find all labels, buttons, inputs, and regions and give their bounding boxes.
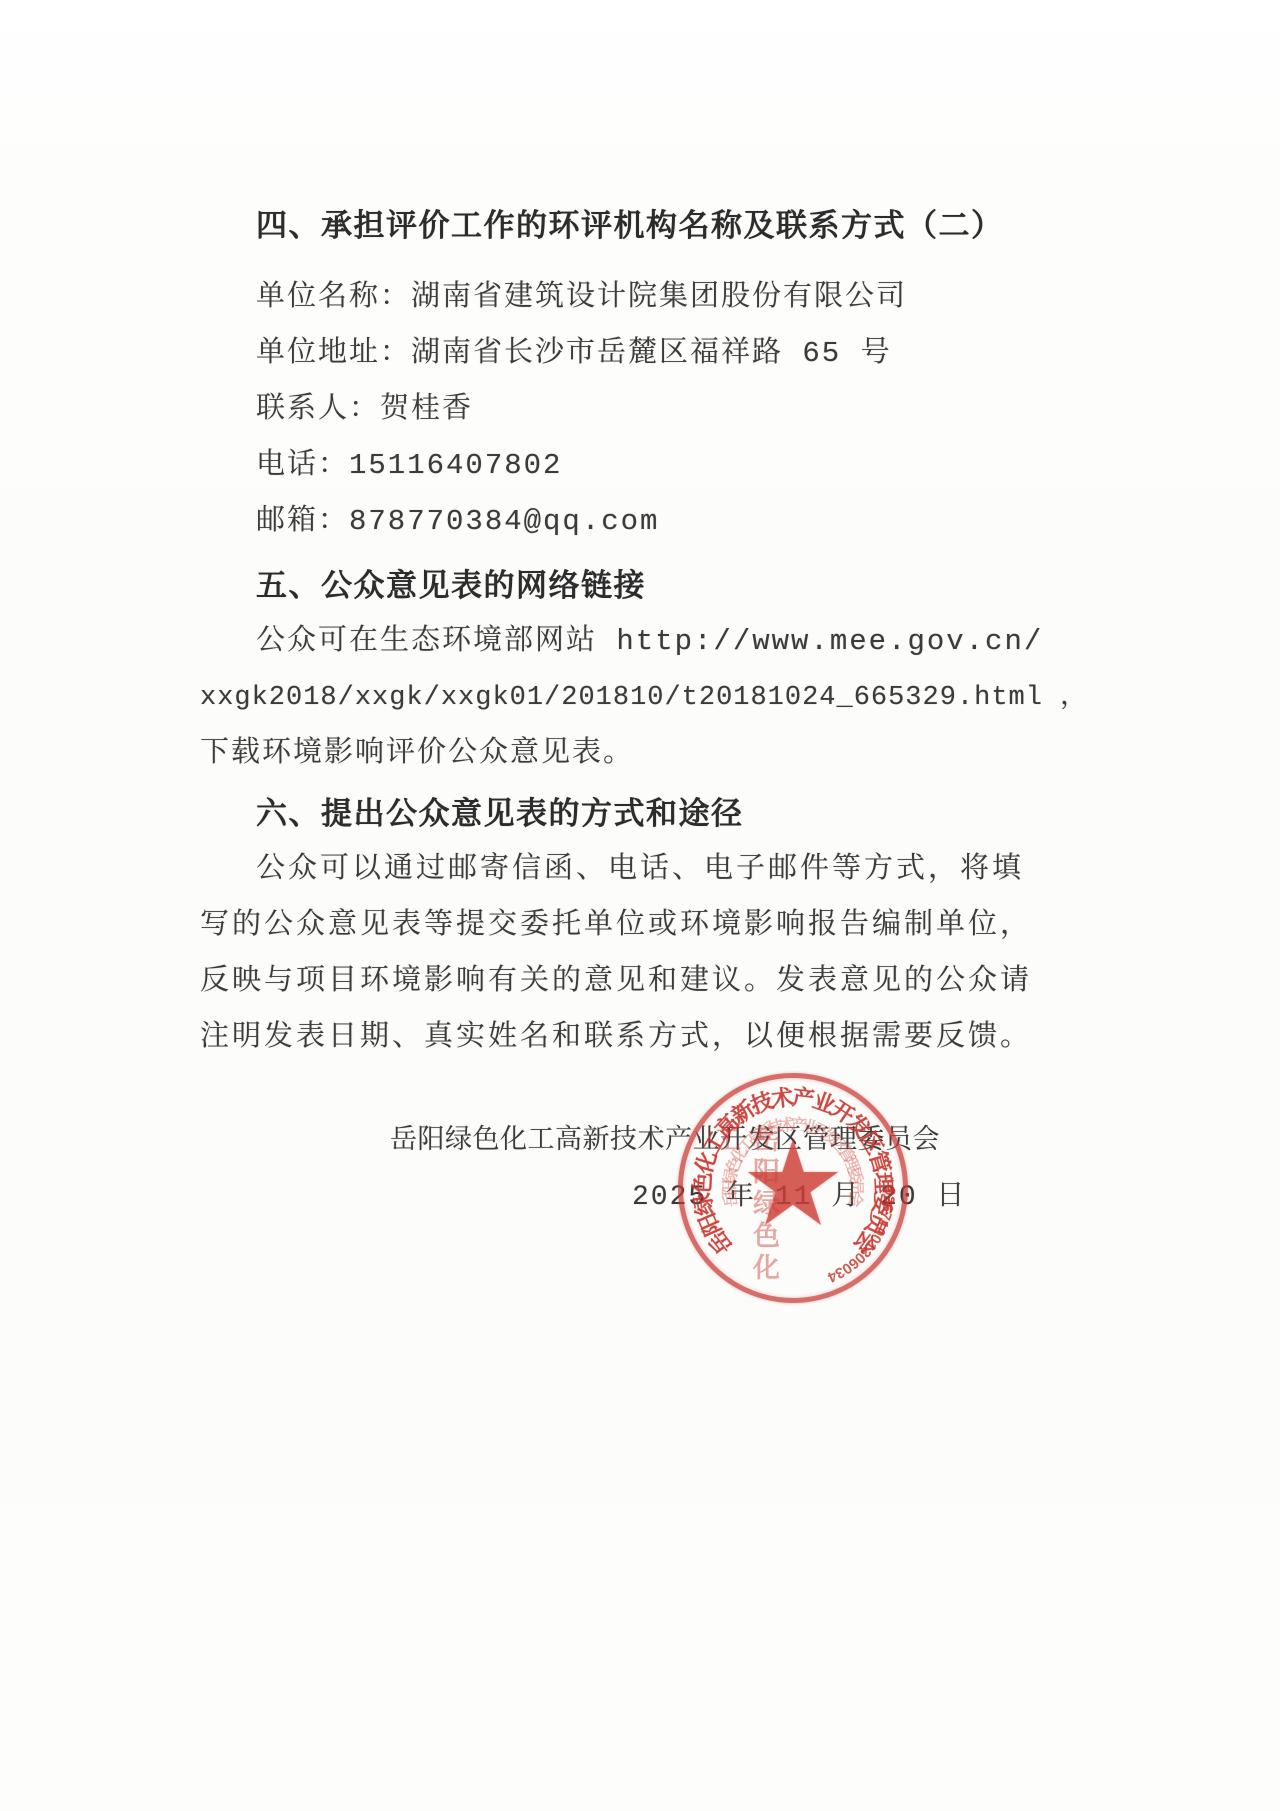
section-6-line-3: 反映与项目环境影响有关的意见和建议。发表意见的公众请 [200, 954, 1060, 1010]
section-6-line-2: 写的公众意见表等提交委托单位或环境影响报告编制单位， [200, 898, 1060, 954]
email-line: 邮箱：878770384@qq.com [200, 494, 1060, 550]
phone-line: 电话：15116407802 [200, 438, 1060, 494]
document-page: 四、承担评价工作的环评机构名称及联系方式（二） 单位名称：湖南省建筑设计院集团股… [0, 0, 1280, 1811]
unit-name-line: 单位名称：湖南省建筑设计院集团股份有限公司 [200, 270, 1060, 326]
section-6-heading: 六、提出公众意见表的方式和途径 [200, 786, 1060, 842]
signature-org: 岳阳绿色化工高新技术产业开发区管理委员会 [200, 1114, 1060, 1170]
section-5-url-line: xxgk2018/xxgk/xxgk01/201810/t20181024_66… [200, 670, 1060, 726]
contact-block: 单位名称：湖南省建筑设计院集团股份有限公司 单位地址：湖南省长沙市岳麓区福祥路 … [200, 270, 1060, 550]
section-5-line-3: 下载环境影响评价公众意见表。 [200, 726, 1060, 782]
section-5-line-1: 公众可在生态环境部网站 http://www.mee.gov.cn/ [200, 614, 1060, 670]
unit-address-line: 单位地址：湖南省长沙市岳麓区福祥路 65 号 [200, 326, 1060, 382]
section-6-line-4: 注明发表日期、真实姓名和联系方式，以便根据需要反馈。 [200, 1010, 1060, 1066]
section-4-heading: 四、承担评价工作的环评机构名称及联系方式（二） [200, 206, 1060, 254]
signature-date: 2025 年 11 月 20 日 [200, 1170, 1060, 1226]
contact-person-line: 联系人：贺桂香 [200, 382, 1060, 438]
section-5-heading: 五、公众意见表的网络链接 [200, 558, 1060, 614]
document-content: 四、承担评价工作的环评机构名称及联系方式（二） 单位名称：湖南省建筑设计院集团股… [200, 206, 1060, 1226]
section-6-line-1: 公众可以通过邮寄信函、电话、电子邮件等方式，将填 [200, 842, 1060, 898]
